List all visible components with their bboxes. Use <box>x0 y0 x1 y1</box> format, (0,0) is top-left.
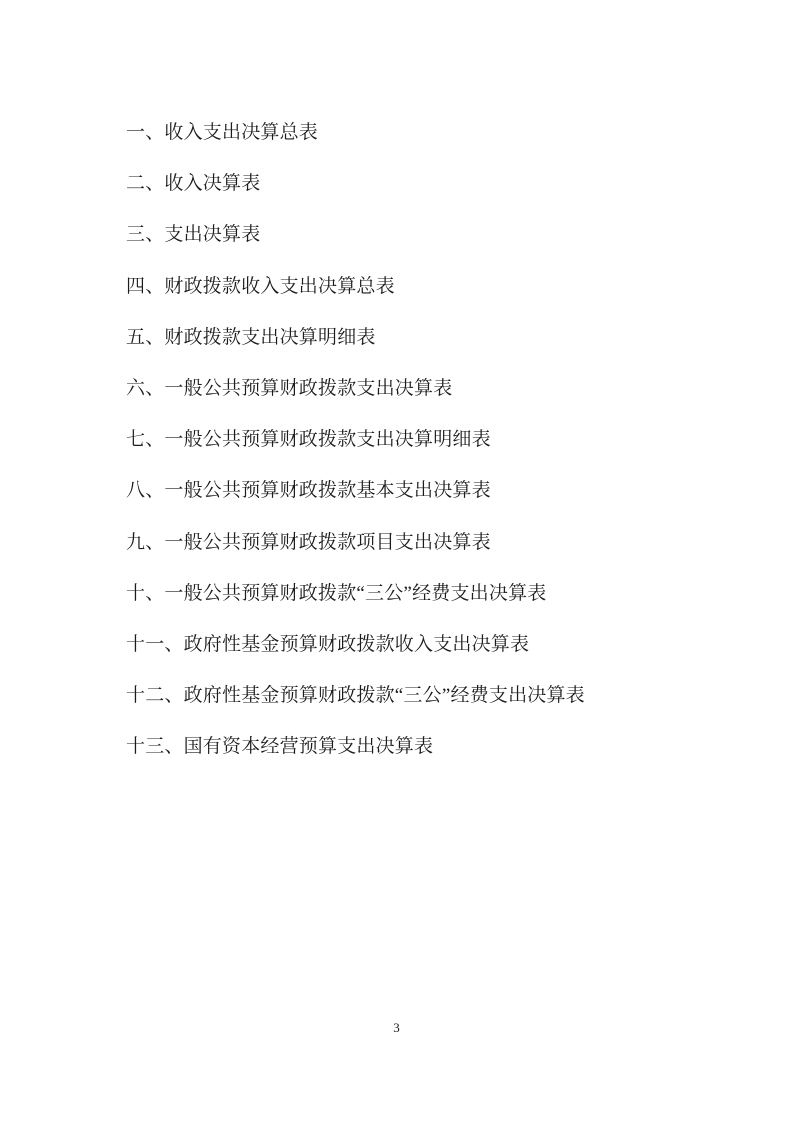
toc-item-12: 十二、政府性基金预算财政拨款“三公”经费支出决算表 <box>126 670 733 721</box>
toc-item-8: 八、一般公共预算财政拨款基本支出决算表 <box>126 465 733 516</box>
toc-item-3: 三、支出决算表 <box>126 209 733 260</box>
page-number: 3 <box>393 1020 400 1035</box>
toc-item-1: 一、收入支出决算总表 <box>126 107 733 158</box>
toc-item-13: 十三、国有资本经营预算支出决算表 <box>126 721 733 772</box>
toc-item-11: 十一、政府性基金预算财政拨款收入支出决算表 <box>126 619 733 670</box>
toc-item-4: 四、财政拨款收入支出决算总表 <box>126 261 733 312</box>
page-footer: 3 <box>0 1019 793 1037</box>
toc-item-10: 十、一般公共预算财政拨款“三公”经费支出决算表 <box>126 568 733 619</box>
toc-item-6: 六、一般公共预算财政拨款支出决算表 <box>126 363 733 414</box>
toc-item-9: 九、一般公共预算财政拨款项目支出决算表 <box>126 517 733 568</box>
table-of-contents: 一、收入支出决算总表 二、收入决算表 三、支出决算表 四、财政拨款收入支出决算总… <box>126 107 733 773</box>
toc-item-5: 五、财政拨款支出决算明细表 <box>126 312 733 363</box>
toc-item-7: 七、一般公共预算财政拨款支出决算明细表 <box>126 414 733 465</box>
toc-item-2: 二、收入决算表 <box>126 158 733 209</box>
document-page: 一、收入支出决算总表 二、收入决算表 三、支出决算表 四、财政拨款收入支出决算总… <box>0 0 793 1122</box>
